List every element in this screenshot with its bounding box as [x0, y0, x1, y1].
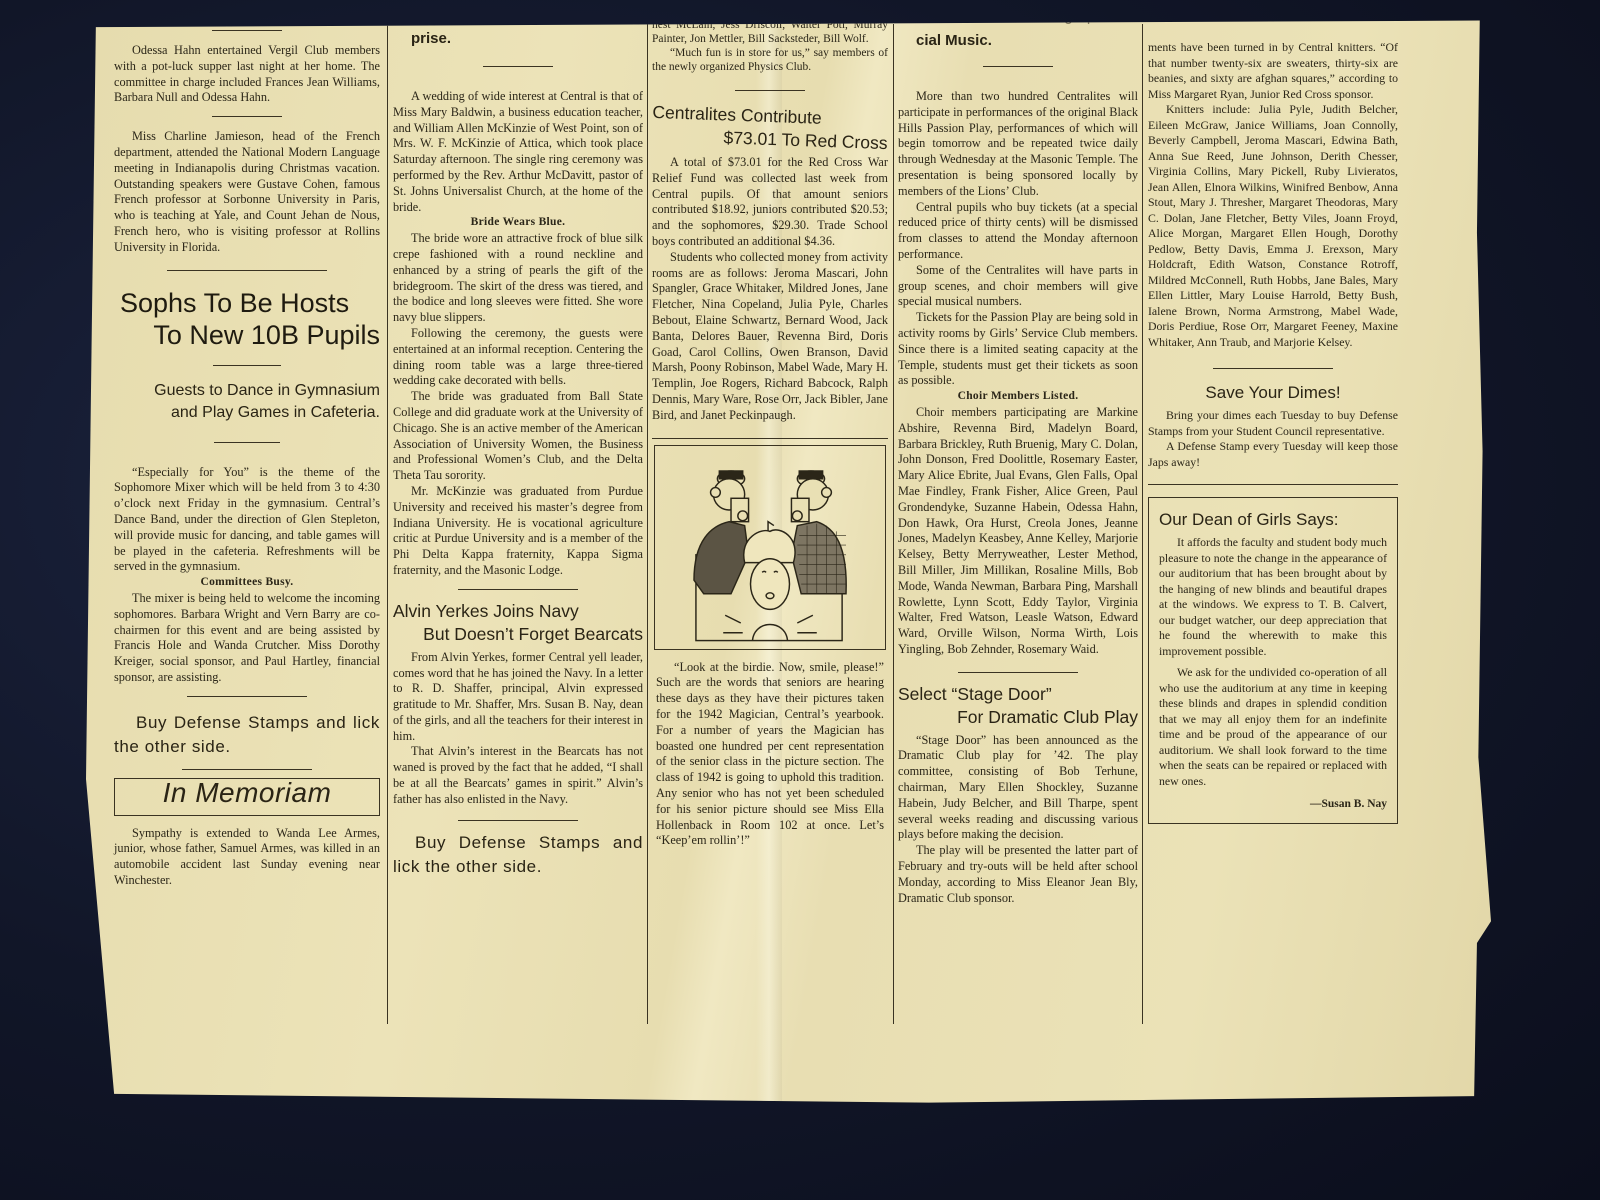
- column-2: tion Teacher Comes as Sur- prise. A wedd…: [393, 14, 643, 879]
- article-body: Students who collected money from activi…: [652, 250, 888, 424]
- column-divider: [893, 24, 894, 1024]
- article-body: More than two hundred Centralites will p…: [898, 89, 1138, 200]
- article-body: The mixer is being held to welcome the i…: [114, 591, 380, 686]
- divider-rule: [983, 66, 1053, 67]
- divider-rule: [735, 90, 805, 91]
- article-body: Bring your dimes each Tuesday to buy Def…: [1148, 408, 1398, 439]
- column-divider: [1142, 24, 1143, 1024]
- signature: —Susan B. Nay: [1159, 797, 1387, 813]
- defense-stamps-promo: Buy Defense Stamps and lick the other si…: [393, 831, 643, 879]
- article-body: A Defense Stamp every Tuesday will keep …: [1148, 439, 1398, 470]
- article-body: That Alvin’s interest in the Bearcats ha…: [393, 744, 643, 807]
- article-body: From Alvin Yerkes, former Central yell l…: [393, 650, 643, 745]
- photographers-cartoon-icon: [655, 446, 885, 649]
- divider-rule: [1213, 368, 1333, 369]
- headline-line: Select “Stage Door”: [898, 683, 1138, 706]
- divider-rule: [458, 589, 578, 590]
- article-save-dimes: Save Your Dimes! Bring your dimes each T…: [1148, 381, 1398, 470]
- article-body: Central pupils who buy tickets (at a spe…: [898, 200, 1138, 263]
- article-body: Odessa Hahn entertained Vergil Club memb…: [114, 43, 380, 106]
- article-body: A total of $73.01 for the Red Cross War …: [652, 155, 888, 250]
- article-jamieson: Miss Charline Jamieson, head of the Fren…: [114, 129, 380, 255]
- deck-line: and Play Games in Cafeteria.: [114, 402, 380, 424]
- article-wedding: A wedding of wide interest at Central is…: [393, 89, 643, 579]
- article-body: Knitters include: Julia Pyle, Judith Bel…: [1148, 102, 1398, 350]
- headline-line: cial Music.: [916, 32, 1138, 50]
- headline: Select “Stage Door” For Dramatic Club Pl…: [898, 683, 1138, 729]
- headline-line: For Dramatic Club Play: [898, 706, 1138, 729]
- headline-line: tion Teacher Comes as Sur-: [411, 14, 643, 24]
- article-body: It affords the faculty and student body …: [1159, 535, 1387, 659]
- divider-rule: [187, 696, 307, 697]
- divider-rule: [212, 116, 282, 117]
- in-memoriam-box: In Memoriam: [114, 778, 380, 816]
- headline-line: Sophs To Be Hosts: [114, 287, 380, 319]
- divider-rule: [1148, 484, 1398, 485]
- divider-rule: [652, 438, 888, 439]
- headline-line: Scenes. Choir Planning Spe-: [916, 14, 1138, 24]
- headline-continued: Scenes. Choir Planning Spe- cial Music.: [898, 14, 1138, 50]
- article-body: Sympathy is extended to Wanda Lee Armes,…: [114, 826, 380, 889]
- promo-text: Buy Defense Stamps and lick the other si…: [393, 833, 643, 876]
- article-yerkes: Alvin Yerkes Joins Navy But Doesn’t Forg…: [393, 600, 643, 808]
- article-body: We ask for the undivided co-operation of…: [1159, 665, 1387, 789]
- headline-continued: tion Teacher Comes as Sur- prise.: [393, 14, 643, 48]
- article-sophs-mixer: Sophs To Be Hosts To New 10B Pupils Gues…: [114, 287, 380, 686]
- article-body: ments have been turned in by Central kni…: [1148, 40, 1398, 102]
- article-passion-play: More than two hundred Centralites will p…: [898, 89, 1138, 658]
- subhead: Bride Wears Blue.: [393, 215, 643, 231]
- article-body: The bride was graduated from Ball State …: [393, 389, 643, 484]
- divider-rule: [458, 820, 578, 821]
- article-vergil-club: Odessa Hahn entertained Vergil Club memb…: [114, 43, 380, 106]
- article-body: “Especially for You” is the theme of the…: [114, 465, 380, 576]
- divider-rule: [167, 270, 327, 271]
- article-yearbook-pictures: “Look at the birdie. Now, smile, please!…: [652, 660, 888, 850]
- headline-line: prise.: [411, 30, 643, 48]
- divider-rule: [483, 66, 553, 67]
- article-body: Following the ceremony, the guests were …: [393, 326, 643, 389]
- divider-rule: [214, 442, 280, 443]
- memoriam-title: In Memoriam: [163, 777, 332, 808]
- article-body: Tickets for the Passion Play are being s…: [898, 310, 1138, 389]
- article-red-cross: Centralites Contribute $73.01 To Red Cro…: [652, 105, 888, 424]
- promo-text: Buy Defense Stamps and lick the other si…: [114, 713, 380, 756]
- headline: Sophs To Be Hosts To New 10B Pupils: [114, 287, 380, 351]
- column-divider: [387, 24, 388, 1024]
- headline-line: Alvin Yerkes Joins Navy: [393, 600, 643, 623]
- article-body: “Look at the birdie. Now, smile, please!…: [656, 660, 884, 850]
- headline: Alvin Yerkes Joins Navy But Doesn’t Forg…: [393, 600, 643, 646]
- article-body: Some of the Centralites will have parts …: [898, 263, 1138, 310]
- article-stage-door: Select “Stage Door” For Dramatic Club Pl…: [898, 683, 1138, 907]
- article-body: Mr. McKinzie was graduated from Purdue U…: [393, 484, 643, 579]
- article-body: The play will be presented the latter pa…: [898, 843, 1138, 906]
- article-body: A wedding of wide interest at Central is…: [393, 89, 643, 215]
- article-body: “Much fun is in store for us,” say membe…: [652, 46, 888, 74]
- article-body: Choir members participating are Markine …: [898, 405, 1138, 658]
- deck-line: Guests to Dance in Gymnasium: [114, 380, 380, 402]
- article-body: Miss Charline Jamieson, head of the Fren…: [114, 129, 380, 255]
- column-4: Scenes. Choir Planning Spe- cial Music. …: [898, 14, 1138, 906]
- headline: Centralites Contribute $73.01 To Red Cro…: [651, 101, 888, 155]
- subhead: Committees Busy.: [114, 575, 380, 591]
- headline-line: To New 10B Pupils: [114, 319, 380, 351]
- newspaper-page: Odessa Hahn entertained Vergil Club memb…: [86, 14, 1491, 1107]
- headline: Save Your Dimes!: [1148, 381, 1398, 404]
- article-physics-club: nest McLain, Jess Driscoll, Walter Poti,…: [652, 18, 888, 74]
- article-knitting: ments have been turned in by Central kni…: [1148, 40, 1398, 350]
- column-3: nest McLain, Jess Driscoll, Walter Poti,…: [652, 18, 888, 849]
- subhead: Choir Members Listed.: [898, 389, 1138, 405]
- defense-stamps-promo: Buy Defense Stamps and lick the other si…: [114, 711, 380, 759]
- article-body: nest McLain, Jess Driscoll, Walter Poti,…: [652, 18, 888, 46]
- divider-rule: [213, 365, 281, 366]
- article-body: “Stage Door” has been announced as the D…: [898, 733, 1138, 844]
- column-1: Odessa Hahn entertained Vergil Club memb…: [114, 30, 380, 889]
- column-divider: [647, 24, 648, 1024]
- divider-rule: [182, 769, 312, 770]
- deck: Guests to Dance in Gymnasium and Play Ga…: [114, 380, 380, 424]
- headline: Our Dean of Girls Says:: [1159, 508, 1387, 531]
- article-dean-of-girls: Our Dean of Girls Says: It affords the f…: [1148, 497, 1398, 824]
- divider-rule: [212, 30, 282, 31]
- article-body: The bride wore an attractive frock of bl…: [393, 231, 643, 326]
- column-5: ments have been turned in by Central kni…: [1148, 40, 1398, 824]
- divider-rule: [958, 672, 1078, 673]
- headline-line: But Doesn’t Forget Bearcats: [393, 623, 643, 646]
- yearbook-cartoon: [654, 445, 886, 650]
